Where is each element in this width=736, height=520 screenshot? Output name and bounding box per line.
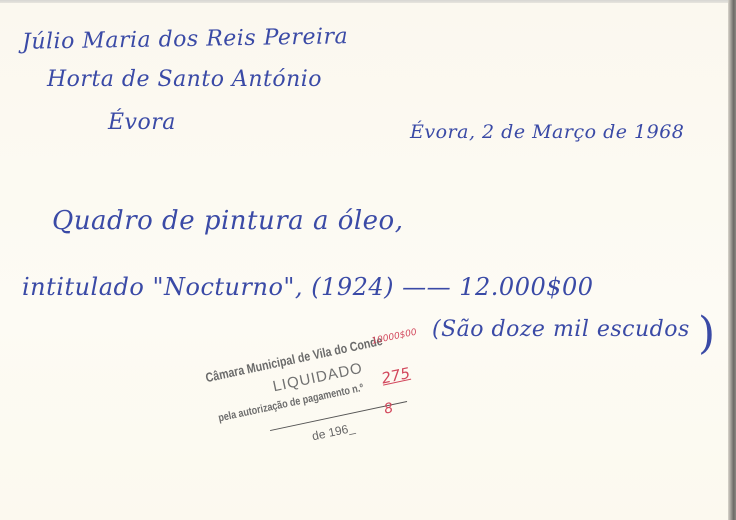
- municipal-payment-stamp: Câmara Municipal de Vila do Conde LIQUID…: [188, 333, 448, 473]
- body-line-3: (São doze mil escudos: [432, 317, 690, 342]
- sender-address: Horta de Santo António: [47, 67, 322, 92]
- place-and-date: Évora, 2 de Março de 1968: [410, 121, 684, 143]
- body-line-2: intitulado "Nocturno", (1924) —— 12.000$…: [22, 273, 594, 301]
- paper-sheet: Júlio Maria dos Reis Pereira Horta de Sa…: [0, 3, 728, 520]
- stamp-handwritten-amount: 10000$00: [371, 328, 418, 347]
- body-line-1: Quadro de pintura a óleo,: [52, 206, 403, 236]
- stamp-handwritten-number: 275: [380, 364, 412, 388]
- stamp-year-label: de 196_: [311, 421, 356, 444]
- sender-city: Évora: [108, 110, 176, 135]
- scan-right-edge: [728, 0, 736, 520]
- closing-parenthesis: ): [698, 308, 715, 359]
- sender-name: Júlio Maria dos Reis Pereira: [22, 24, 349, 55]
